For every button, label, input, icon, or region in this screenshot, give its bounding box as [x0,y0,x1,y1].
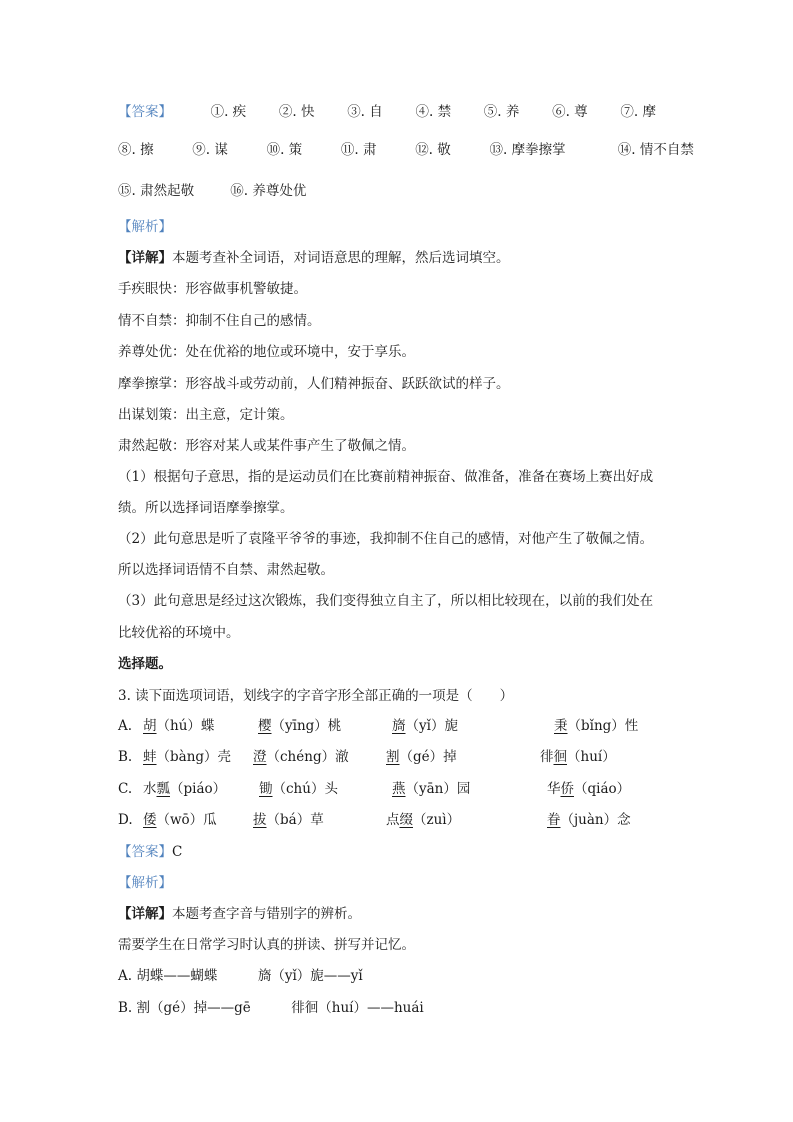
option-item: 胡（hú）蝶 [143,716,214,736]
answer-item: ①. 疾 [211,102,275,122]
answer-item: ⑭. 情不自禁 [618,140,694,160]
answer-item: ⑥. 尊 [552,102,616,122]
answer-item: ⑫. 敬 [415,140,485,160]
answer-label: 【答案】 [118,104,172,120]
option-label: C. [118,779,132,799]
option-item: 点缀（zuì） [386,810,460,830]
definition-line: 肃然起敬：形容对某人或某件事产生了敬佩之情。 [118,436,415,456]
definition-line: 情不自禁：抑制不住自己的感情。 [118,311,321,331]
option-label: B. [118,747,132,767]
option-item: 澄（chéng）澈 [253,747,349,767]
answer-label: 【答案】 [118,844,172,860]
answer-item: ⑧. 擦 [118,140,188,160]
option-item: 锄（chú）头 [259,779,338,799]
definition-line: 养尊处优：处在优裕的地位或环境中，安于享乐。 [118,342,415,362]
definition-line: 出谋划策：出主意，定计策。 [118,405,294,425]
explanation-line: 绩。所以选择词语摩拳擦掌。 [118,498,294,518]
option-item: 水瓢（piáo） [143,779,226,799]
answer-item: ③. 自 [347,102,411,122]
explanation-line: 所以选择词语情不自禁、肃然起敬。 [118,560,334,580]
answer-item: ②. 快 [279,102,343,122]
detail-label: 【详解】 [118,906,172,922]
analysis-label: 【解析】 [118,217,172,237]
explanation-line: （2）此句意思是听了袁隆平爷爷的事迹，我抑制不住自己的感情，对他产生了敬佩之情。 [118,529,653,549]
answer-row-1: 【答案】 ①. 疾 ②. 快 ③. 自 ④. 禁 ⑤. 养 ⑥. 尊 ⑦. 摩 [118,102,656,122]
analysis-label: 【解析】 [118,873,172,893]
answer-item: ⑦. 摩 [620,102,656,122]
option-item: 燕（yān）园 [392,779,470,799]
option-label: A. [118,716,132,736]
definition-line: 手疾眼快：形容做事机警敏捷。 [118,279,307,299]
option-item: 旖（yǐ）旎 [392,716,458,736]
answer-line: 【答案】C [118,842,182,862]
detail-text: 本题考查补全词语，对词语意思的理解，然后选词填空。 [172,250,510,266]
answer-item: ⑬. 摩拳擦掌 [489,140,613,160]
detail-line: 【详解】本题考查字音与错别字的辨析。 [118,904,361,924]
explanation-line: 比较优裕的环境中。 [118,623,240,643]
option-label: D. [118,810,133,830]
answer-item: ⑯. 养尊处优 [230,181,306,201]
analysis-line: B. 割（gé）掉——gē 徘徊（huí）——huái [118,998,424,1018]
answer-row-2: ⑧. 擦 ⑨. 谋 ⑩. 策 ⑪. 肃 ⑫. 敬 ⑬. 摩拳擦掌 ⑭. 情不自禁 [118,140,694,160]
detail-label: 【详解】 [118,250,172,266]
answer-item: ⑩. 策 [267,140,337,160]
answer-item: ⑮. 肃然起敬 [118,181,226,201]
question-stem: 3. 读下面选项词语，划线字的字音字形全部正确的一项是（ ） [118,686,513,706]
analysis-line: A. 胡蝶——蝴蝶 旖（yǐ）旎——yǐ [118,966,363,986]
analysis-line: 需要学生在日常学习时认真的拼读、拼写并记忆。 [118,935,415,955]
detail-text: 本题考查字音与错别字的辨析。 [172,906,361,922]
detail-line: 【详解】本题考查补全词语，对词语意思的理解，然后选词填空。 [118,248,510,268]
answer-value: C [172,844,182,860]
option-item: 拔（bá）草 [253,810,324,830]
option-item: 蚌（bàng）壳 [143,747,231,767]
definition-line: 摩拳擦掌：形容战斗或劳动前，人们精神振奋、跃跃欲试的样子。 [118,374,510,394]
option-item: 秉（bǐng）性 [554,716,638,736]
answer-item: ⑤. 养 [484,102,548,122]
explanation-line: （3）此句意思是经过这次锻炼，我们变得独立自主了，所以相比较现在，以前的我们处在 [118,591,653,611]
option-item: 华侨（qiáo） [547,779,630,799]
option-item: 徘徊（huí） [540,747,616,767]
answer-row-3: ⑮. 肃然起敬 ⑯. 养尊处优 [118,181,306,201]
option-item: 割（gé）掉 [386,747,457,767]
answer-item: ④. 禁 [415,102,479,122]
explanation-line: （1）根据句子意思，指的是运动员们在比赛前精神振奋、做准备，准备在赛场上赛出好成 [118,467,653,487]
option-item: 眷（juàn）念 [547,810,631,830]
answer-item: ⑨. 谋 [192,140,262,160]
option-item: 倭（wō）瓜 [143,810,217,830]
section-title: 选择题。 [118,654,172,674]
option-item: 樱（yīng）桃 [258,716,341,736]
answer-item: ⑪. 肃 [341,140,411,160]
